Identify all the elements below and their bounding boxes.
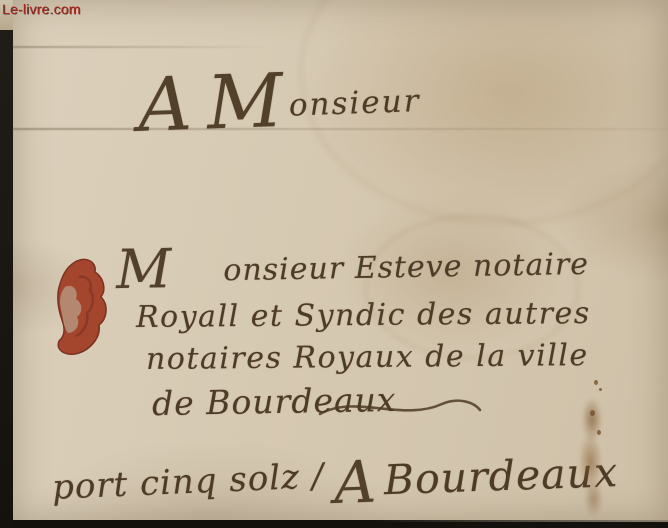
- letter-photograph: Le-livre.com A Monsieur Monsieur Esteve …: [0, 0, 668, 528]
- seller-watermark: Le-livre.com: [2, 1, 81, 17]
- destination-initial: A: [333, 448, 377, 517]
- pen-flourish: [316, 392, 484, 426]
- address-line-1-initial: M: [115, 237, 171, 301]
- address-line-1: Monsieur Esteve notaire: [115, 230, 589, 301]
- fold-crease-upper: [13, 46, 263, 48]
- address-line-2: Royall et Syndic des autres: [136, 296, 591, 335]
- address-line-3: notaires Royaux de la ville: [146, 338, 589, 377]
- ink-speck: [599, 388, 602, 391]
- header-suffix: onsieur: [288, 83, 421, 124]
- address-line-1-text: onsieur Esteve notaire: [223, 247, 589, 288]
- wax-seal-fragment: [49, 257, 113, 359]
- ink-speck: [590, 410, 595, 416]
- header-monogram: A M: [137, 58, 281, 149]
- ink-speck: [597, 430, 601, 435]
- address-header: A Monsieur: [137, 53, 422, 149]
- bottom-edge-shadow: [13, 520, 668, 528]
- ink-speck: [594, 380, 598, 385]
